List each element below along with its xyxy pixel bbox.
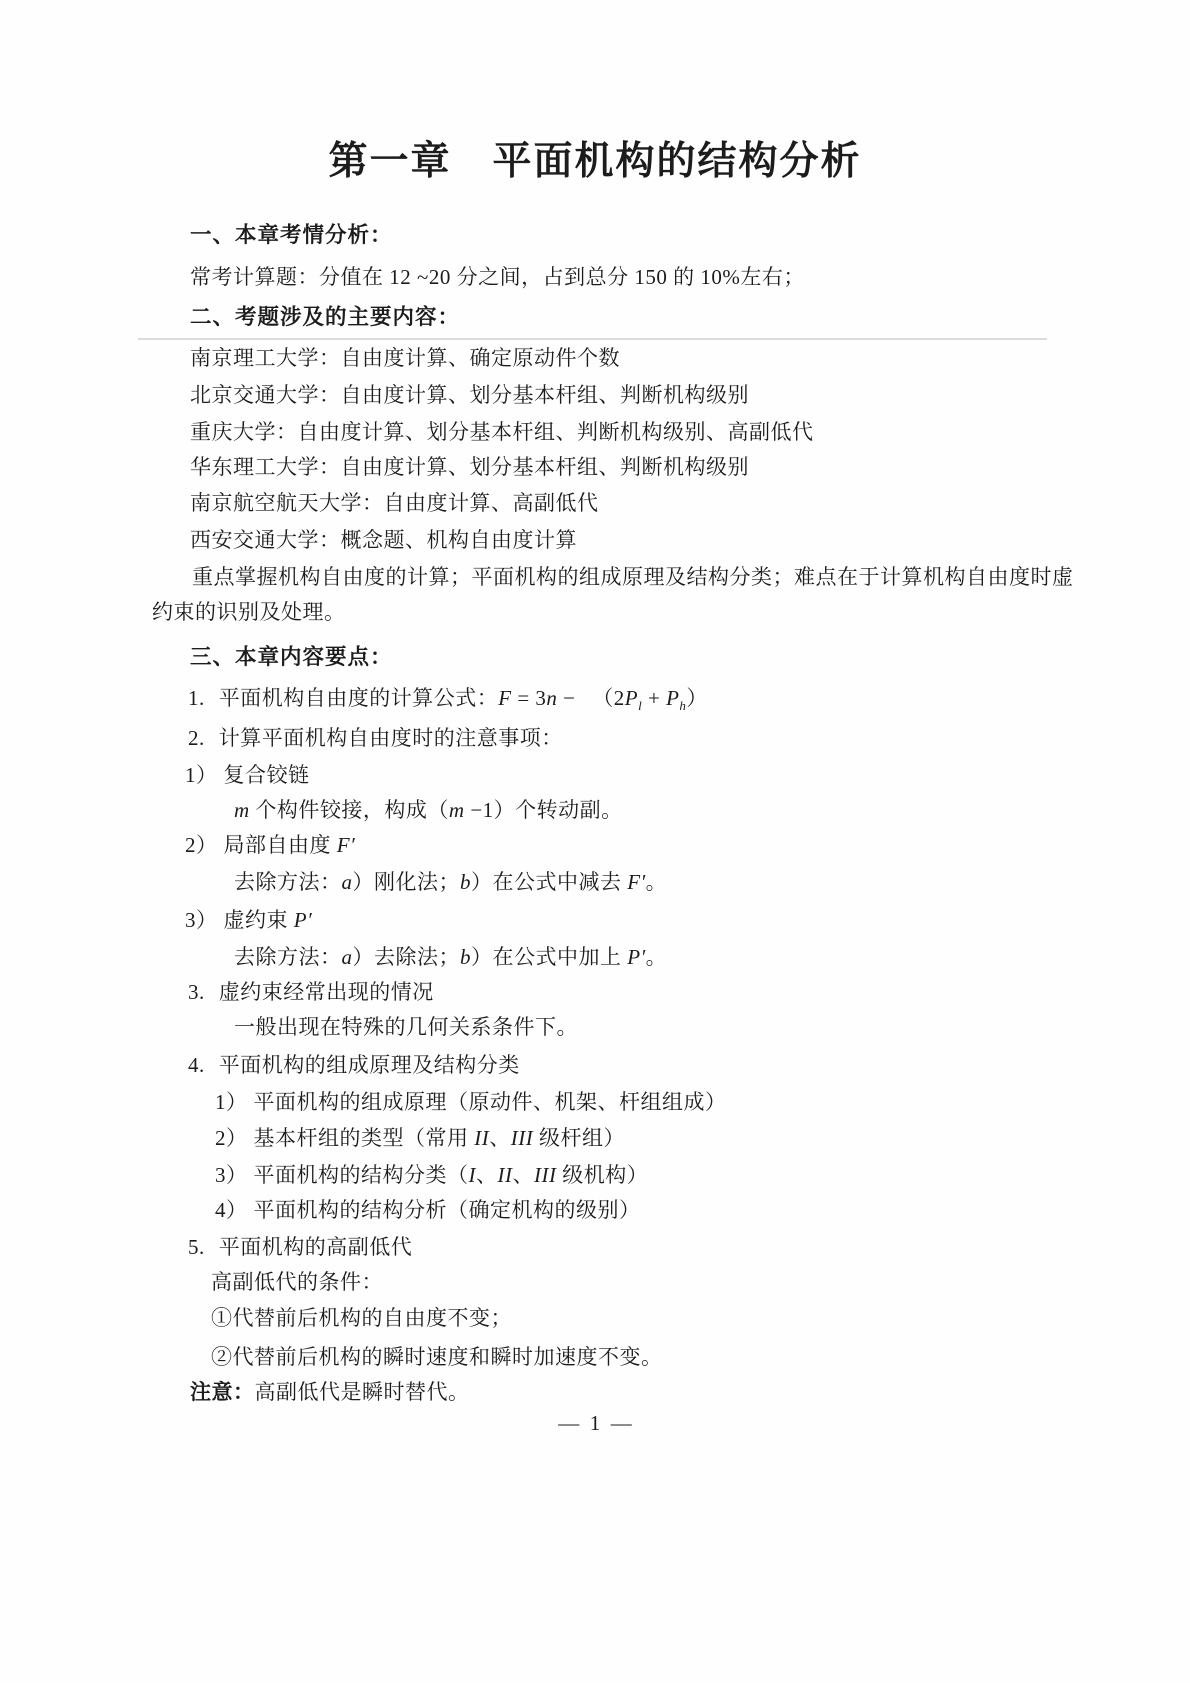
exam-analysis-text: 常考计算题：分值在 12 ~20 分之间，占到总分 150 的 10%左右；	[190, 259, 805, 296]
item-number: 2）	[215, 1120, 248, 1157]
page-number: — 1 —	[0, 1405, 1190, 1442]
item-number: 3）	[215, 1157, 248, 1194]
note-text: 。	[646, 945, 668, 969]
formula-var-P: P	[666, 686, 679, 710]
university-line-5: 南京航空航天大学：自由度计算、高副低代	[190, 485, 599, 522]
roman-III: III	[511, 1126, 533, 1150]
var-F-prime: F′	[337, 833, 355, 857]
var-b: b	[460, 870, 471, 894]
item-text: 计算平面机构自由度时的注意事项：	[219, 726, 563, 750]
item-text: 级杆组）	[533, 1126, 625, 1150]
section-2-heading: 二、考题涉及的主要内容：	[190, 299, 460, 336]
item-number: 2.	[188, 720, 205, 757]
roman-III: III	[534, 1163, 556, 1187]
item-text: 基本杆组的类型（常用	[254, 1126, 475, 1150]
note-text: 去除方法：	[234, 870, 342, 894]
item-3-line: 3.虚约束经常出现的情况	[188, 974, 434, 1011]
university-line-3: 重庆大学：自由度计算、划分基本杆组、判断机构级别、高副低代	[190, 414, 814, 451]
item-text: 虚约束经常出现的情况	[219, 980, 434, 1004]
formula-var-n: n	[546, 686, 557, 710]
item-text: 级机构）	[556, 1163, 648, 1187]
var-a: a	[342, 945, 353, 969]
item-text: 、	[489, 1126, 511, 1150]
item-text: 局部自由度	[224, 833, 337, 857]
var-P-prime: P′	[294, 908, 312, 932]
item-number: 3.	[188, 974, 205, 1011]
item-4-1-line: 1）平面机构的组成原理（原动件、机架、杆组组成）	[215, 1084, 727, 1121]
item-text: 平面机构的结构分类（	[254, 1163, 469, 1187]
roman-I: I	[469, 1163, 477, 1187]
formula-text: +	[642, 686, 666, 710]
university-line-6: 西安交通大学：概念题、机构自由度计算	[190, 522, 577, 559]
var-P-prime: P′	[627, 945, 645, 969]
item-text: 平面机构的组成原理（原动件、机架、杆组组成）	[254, 1090, 727, 1114]
item-number: 3）	[185, 902, 218, 939]
note-text: 。	[646, 870, 668, 894]
note-text: 高副低代是瞬时替代。	[255, 1380, 470, 1404]
formula-text: − （2	[557, 686, 624, 710]
note-text: 去除方法：	[234, 945, 342, 969]
document-page: 第一章 平面机构的结构分析 一、本章考情分析： 常考计算题：分值在 12 ~20…	[0, 0, 1190, 1683]
item-number: 1）	[185, 757, 218, 794]
item-text: 虚约束	[224, 908, 294, 932]
item-number: 4）	[215, 1192, 248, 1229]
item-2-1-line: 1）复合铰链	[185, 757, 310, 794]
item-number: 4.	[188, 1047, 205, 1084]
item-3-note: 一般出现在特殊的几何关系条件下。	[234, 1009, 578, 1046]
note-text: ）刚化法；	[353, 870, 461, 894]
item-4-line: 4.平面机构的组成原理及结构分类	[188, 1047, 520, 1084]
item-number: 5.	[188, 1229, 205, 1266]
item-text: 、	[513, 1163, 535, 1187]
item-2-line: 2.计算平面机构自由度时的注意事项：	[188, 720, 563, 757]
compound-hinge-note: m 个构件铰接，构成（m −1）个转动副。	[234, 792, 623, 829]
note-text: ）在公式中减去	[471, 870, 627, 894]
university-line-2: 北京交通大学：自由度计算、划分基本杆组、判断机构级别	[190, 377, 749, 414]
item-text: 平面机构的组成原理及结构分类	[219, 1053, 520, 1077]
formula-var-F: F	[498, 686, 511, 710]
item-1-formula-line: 1.平面机构自由度的计算公式：F = 3n − （2Pl + Ph）	[188, 680, 708, 717]
var-b: b	[460, 945, 471, 969]
formula-text: = 3	[512, 686, 547, 710]
university-line-4: 华东理工大学：自由度计算、划分基本杆组、判断机构级别	[190, 449, 749, 486]
condition-1: ①代替前后机构的自由度不变；	[211, 1300, 512, 1337]
formula-text: ）	[686, 686, 708, 710]
note-text: −1）个转动副。	[465, 798, 623, 822]
item-number: 1）	[215, 1084, 248, 1121]
item-5-condition-heading: 高副低代的条件：	[211, 1264, 383, 1301]
note-text: 个构件铰接，构成（	[250, 798, 449, 822]
item-number: 2）	[185, 827, 218, 864]
item-5-line: 5.平面机构的高副低代	[188, 1229, 412, 1266]
item-2-2-line: 2）局部自由度 F′	[185, 827, 355, 864]
var-m: m	[449, 798, 465, 822]
var-a: a	[342, 870, 353, 894]
university-line-1: 南京理工大学：自由度计算、确定原动件个数	[190, 340, 620, 377]
item-text: 平面机构的结构分析（确定机构的级别）	[254, 1198, 641, 1222]
virtual-constraint-removal-note: 去除方法：a）去除法；b）在公式中加上 P′。	[234, 939, 667, 976]
item-text: 复合铰链	[224, 763, 310, 787]
item-text: 平面机构自由度的计算公式：	[219, 686, 499, 710]
var-F-prime: F′	[627, 870, 645, 894]
local-dof-removal-note: 去除方法：a）刚化法；b）在公式中减去 F′。	[234, 864, 667, 901]
condition-2: ②代替前后机构的瞬时速度和瞬时加速度不变。	[211, 1339, 663, 1376]
item-4-3-line: 3）平面机构的结构分类（I、II、III 级机构）	[215, 1157, 648, 1194]
item-4-4-line: 4）平面机构的结构分析（确定机构的级别）	[215, 1192, 641, 1229]
section-1-heading: 一、本章考情分析：	[190, 217, 393, 254]
formula-var-P: P	[625, 686, 638, 710]
chapter-title: 第一章 平面机构的结构分析	[0, 136, 1190, 188]
var-m: m	[234, 798, 250, 822]
item-4-2-line: 2）基本杆组的类型（常用 II、III 级杆组）	[215, 1120, 625, 1157]
key-summary-paragraph: 重点掌握机构自由度的计算；平面机构的组成原理及结构分类；难点在于计算机构自由度时…	[152, 560, 1082, 630]
roman-II: II	[474, 1126, 489, 1150]
section-3-heading: 三、本章内容要点：	[190, 639, 393, 676]
item-text: 、	[476, 1163, 498, 1187]
item-text: 平面机构的高副低代	[219, 1235, 413, 1259]
note-text: ）去除法；	[353, 945, 461, 969]
note-label: 注意：	[190, 1381, 255, 1404]
item-number: 1.	[188, 680, 205, 717]
note-text: ）在公式中加上	[471, 945, 627, 969]
roman-II: II	[498, 1163, 513, 1187]
item-2-3-line: 3）虚约束 P′	[185, 902, 312, 939]
